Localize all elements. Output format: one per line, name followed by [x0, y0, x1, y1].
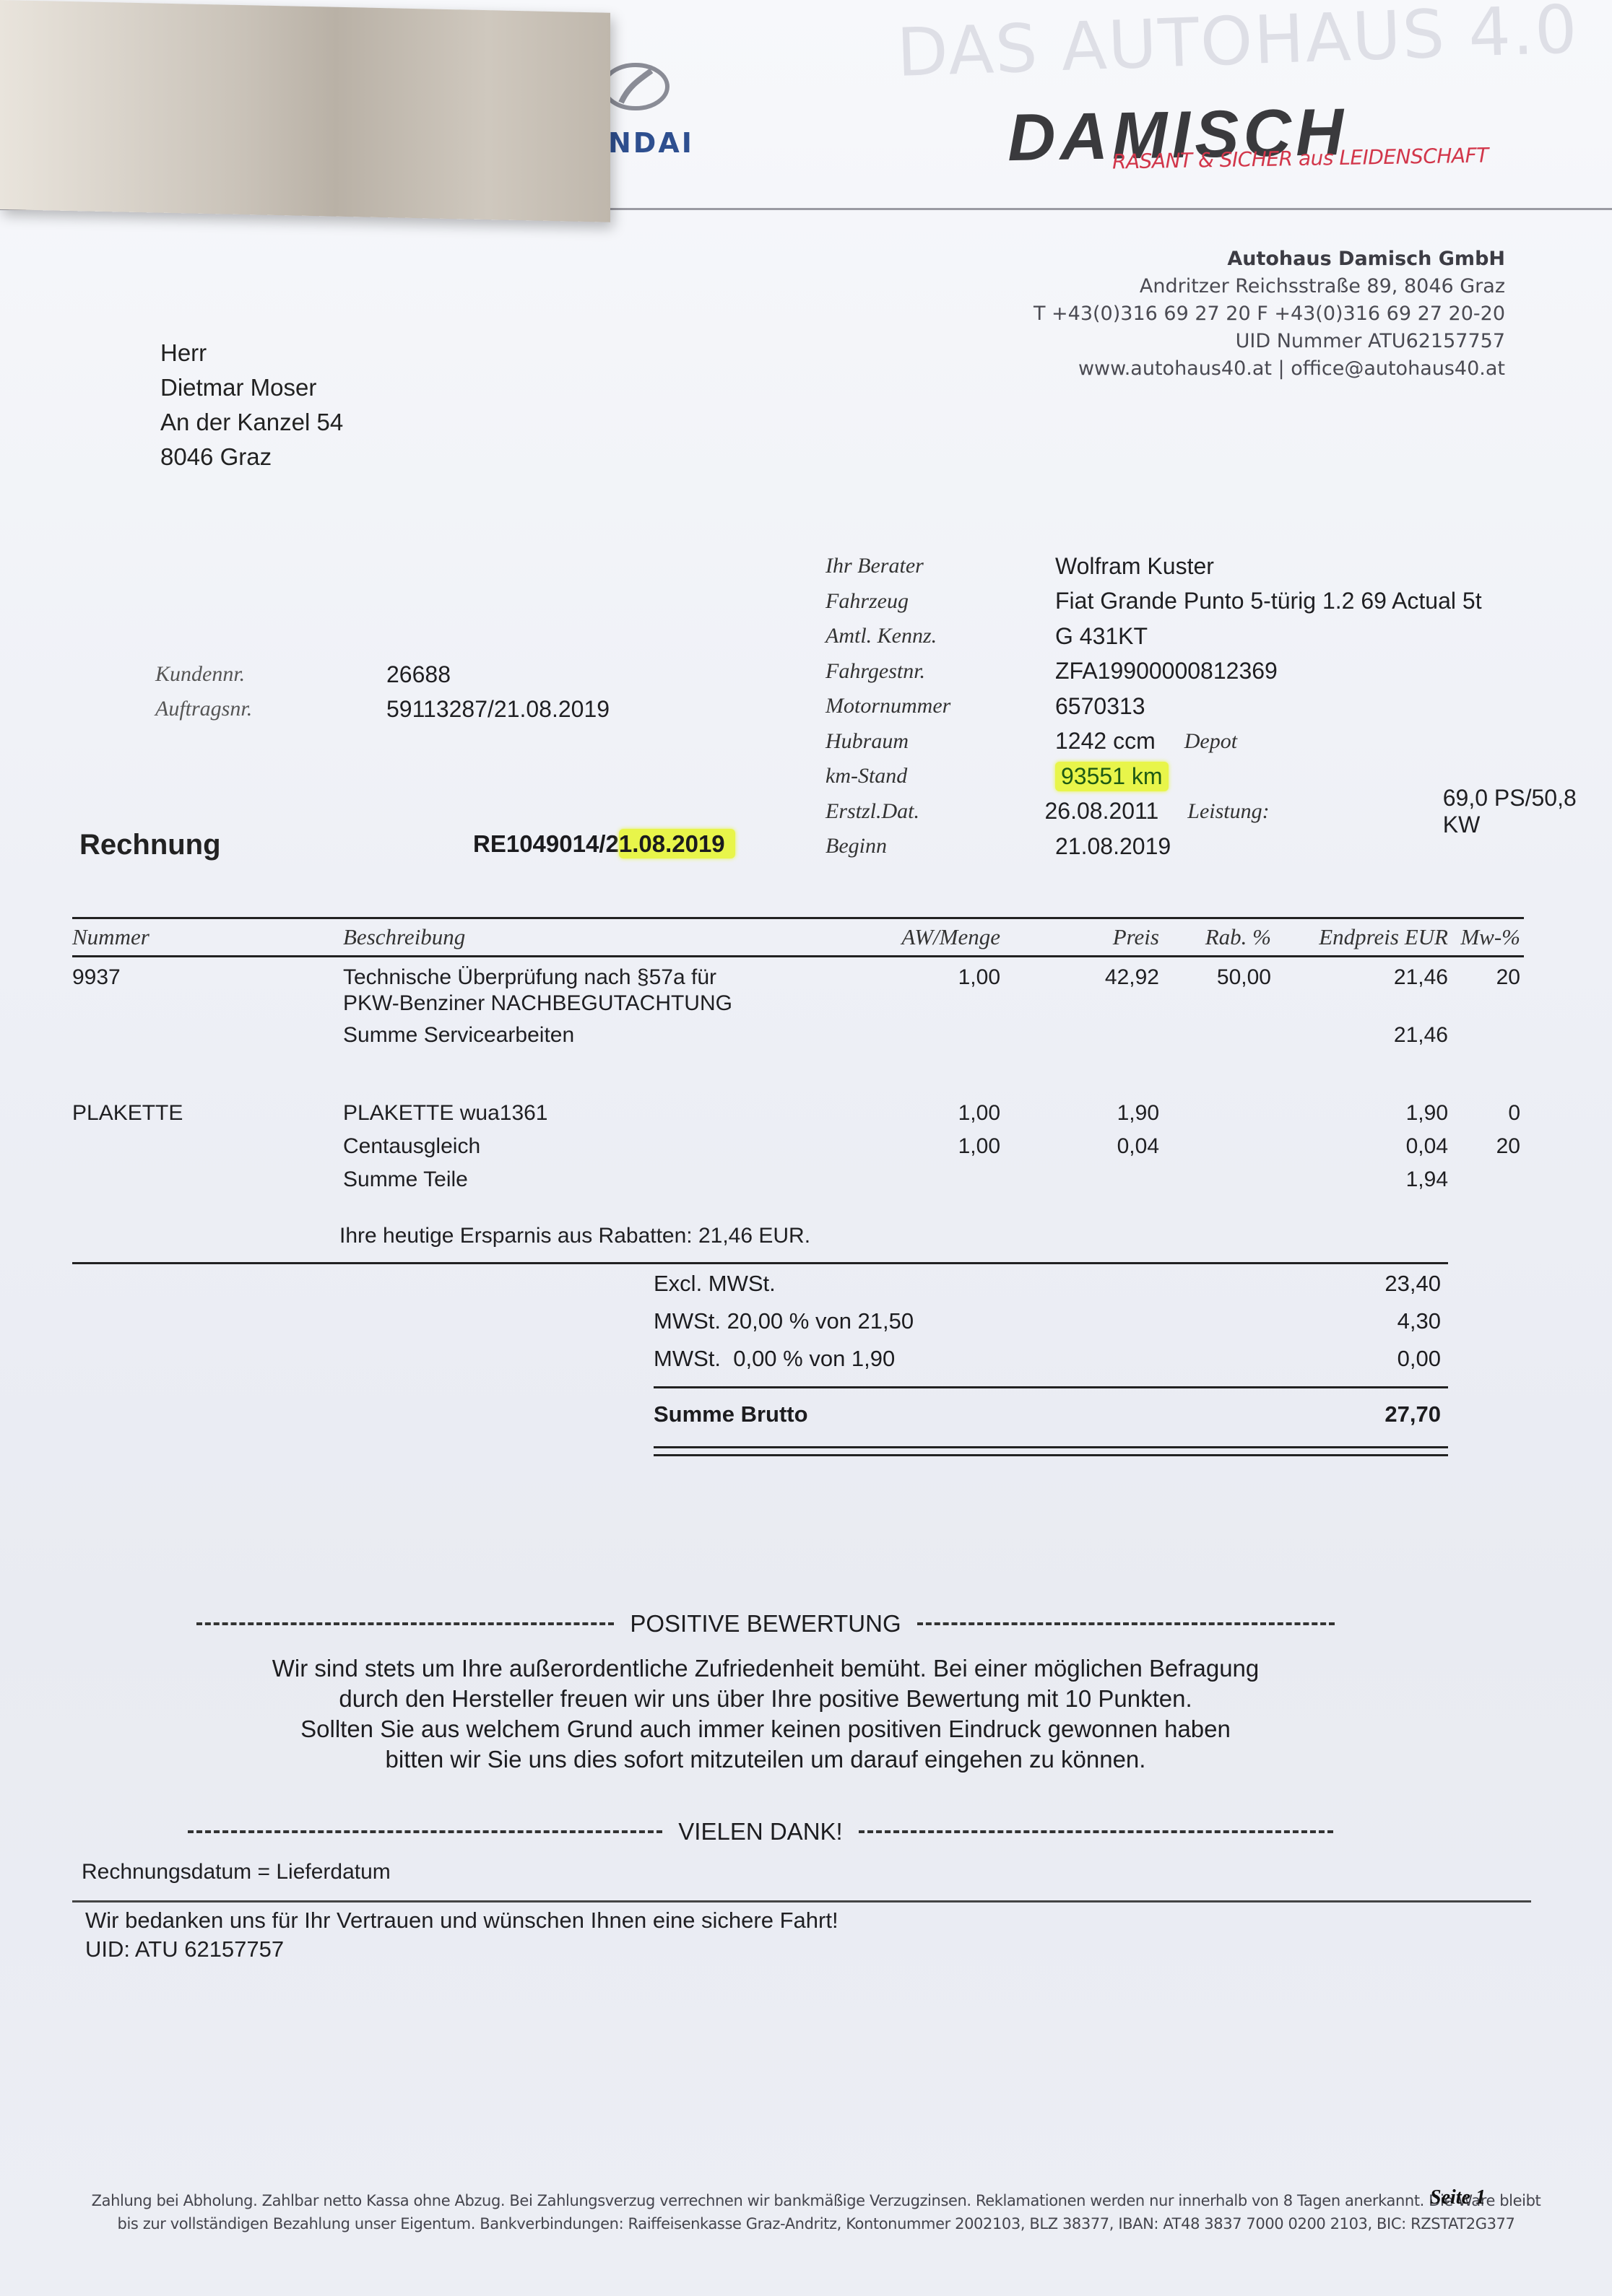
closing-text: Wir bedanken uns für Ihr Vertrauen und w… [85, 1906, 838, 1964]
company-name: Autohaus Damisch GmbH [1033, 245, 1505, 273]
start-label: Beginn [825, 834, 1055, 858]
closing-thanks: Wir bedanken uns für Ihr Vertrauen und w… [85, 1906, 838, 1935]
order-number-label: Auftragsnr. [155, 697, 386, 721]
cell-mwst [1448, 1167, 1520, 1193]
cell-endpreis: 1,94 [1271, 1167, 1448, 1193]
vat-20-row: MWSt. 20,00 % von 21,50 4,30 [654, 1303, 1448, 1340]
customer-info: Kundennr. 26688 Auftragsnr. 59113287/21.… [155, 657, 610, 726]
recipient-city: 8046 Graz [160, 440, 343, 474]
col-discount: Rab. % [1159, 924, 1271, 950]
cell-preis: 42,92 [1000, 965, 1159, 991]
cell-endpreis: 1,90 [1271, 1100, 1448, 1126]
engine-number-row: Motornummer 6570313 [825, 689, 1612, 724]
mileage-value: 93551 km [1055, 762, 1169, 791]
cell-nummer: 9937 [72, 965, 343, 991]
cell-endpreis: 0,04 [1271, 1134, 1448, 1160]
thanks-heading-text: VIELEN DANK! [678, 1818, 842, 1845]
vat-0-amount: 0,00 [1296, 1346, 1441, 1372]
cell-menge [849, 1167, 1000, 1193]
depot-label: Depot [1184, 729, 1414, 754]
customer-number-row: Kundennr. 26688 [155, 657, 610, 692]
customer-number-label: Kundennr. [155, 662, 386, 687]
cell-beschreibung: PLAKETTE wua1361 [343, 1100, 849, 1126]
rating-heading: POSITIVE BEWERTUNG [181, 1610, 1351, 1638]
customer-number-value: 26688 [386, 661, 451, 688]
table-row: 9937Technische Überprüfung nach §57a für… [72, 965, 1524, 991]
company-info: Autohaus Damisch GmbH Andritzer Reichsst… [1033, 245, 1505, 383]
cell-menge [849, 1022, 1000, 1048]
cell-menge: 1,00 [849, 1134, 1000, 1160]
cell-preis [1000, 1167, 1159, 1193]
payment-terms-footer: Zahlung bei Abholung. Zahlbar netto Kass… [54, 2189, 1578, 2235]
displacement-value: 1242 ccm [1055, 728, 1156, 755]
cell-mwst: 20 [1448, 965, 1520, 991]
footer-line-1: Zahlung bei Abholung. Zahlbar netto Kass… [54, 2189, 1578, 2212]
vat-20-label: MWSt. 20,00 % von 21,50 [654, 1308, 914, 1334]
page-number: Seite 1 [1430, 2186, 1486, 2209]
invoice-number: RE1049014/21.08.2019 [473, 830, 735, 858]
vin-value: ZFA19900000812369 [1055, 658, 1278, 684]
first-registration-row: Erstzl.Dat. 26.08.2011 Leistung: 69,0 PS… [825, 794, 1612, 830]
vehicle-info: Ihr Berater Wolfram Kuster Fahrzeug Fiat… [825, 549, 1612, 864]
order-number-value: 59113287/21.08.2019 [386, 696, 610, 723]
total-excl-vat-amount: 23,40 [1296, 1271, 1441, 1297]
savings-note: Ihre heutige Ersparnis aus Rabatten: 21,… [339, 1224, 810, 1248]
company-phone-fax: T +43(0)316 69 27 20 F +43(0)316 69 27 2… [1033, 300, 1505, 328]
vehicle-label: Fahrzeug [825, 589, 1055, 614]
cell-rabatt [1159, 1167, 1271, 1193]
table-header: Nummer Beschreibung AW/Menge Preis Rab. … [72, 919, 1524, 955]
dashed-line-left [188, 1830, 662, 1833]
engine-number-label: Motornummer [825, 694, 1055, 718]
cell-rabatt [1159, 991, 1271, 1017]
invoice-title: Rechnung [79, 829, 221, 861]
displacement-label: Hubraum [825, 729, 1055, 754]
line-items-table: Nummer Beschreibung AW/Menge Preis Rab. … [72, 917, 1524, 1193]
cell-nummer [72, 991, 343, 1017]
power-value: 69,0 PS/50,8 KW [1443, 785, 1612, 838]
totals-block: Excl. MWSt. 23,40 MWSt. 20,00 % von 21,5… [654, 1265, 1448, 1462]
order-number-row: Auftragsnr. 59113287/21.08.2019 [155, 692, 610, 726]
cell-rabatt [1159, 1134, 1271, 1160]
first-registration-value: 26.08.2011 [1044, 798, 1158, 825]
thanks-heading: VIELEN DANK! [172, 1818, 1349, 1845]
gross-total-row: Summe Brutto 27,70 [654, 1396, 1448, 1433]
vat-0-row: MWSt. 0,00 % von 1,90 0,00 [654, 1340, 1448, 1378]
partner-brand-text: NDAI [608, 127, 694, 159]
cell-mwst: 20 [1448, 1134, 1520, 1160]
invoice-date-highlight: 1.08.2019 [619, 829, 735, 858]
power-label: Leistung: [1187, 799, 1406, 824]
table-row: Centausgleich1,000,040,0420 [72, 1134, 1524, 1160]
col-description: Beschreibung [343, 924, 849, 950]
cell-nummer [72, 1134, 343, 1160]
cell-beschreibung: PKW-Benziner NACHBEGUTACHTUNG [343, 991, 849, 1017]
mileage-label: km-Stand [825, 764, 1055, 788]
engine-number-value: 6570313 [1055, 693, 1145, 720]
cell-preis [1000, 1022, 1159, 1048]
dashed-line-right [859, 1830, 1333, 1833]
rating-line: Sollten Sie aus welchem Grund auch immer… [181, 1714, 1351, 1744]
table-body: 9937Technische Überprüfung nach §57a für… [72, 965, 1524, 1193]
cell-beschreibung: Centausgleich [343, 1134, 849, 1160]
cell-mwst: 0 [1448, 1100, 1520, 1126]
cell-nummer: PLAKETTE [72, 1100, 343, 1126]
plate-row: Amtl. Kennz. G 431KT [825, 619, 1612, 654]
plate-value: G 431KT [1055, 623, 1148, 650]
rating-line: durch den Hersteller freuen wir uns über… [181, 1684, 1351, 1714]
company-address: Andritzer Reichsstraße 89, 8046 Graz [1033, 273, 1505, 300]
cell-mwst [1448, 1022, 1520, 1048]
plate-label: Amtl. Kennz. [825, 624, 1055, 648]
recipient-name: Dietmar Moser [160, 370, 343, 405]
col-final-price: Endpreis EUR [1271, 924, 1448, 950]
closing-uid: UID: ATU 62157757 [85, 1935, 838, 1964]
vat-20-amount: 4,30 [1296, 1308, 1441, 1334]
recipient-address: Herr Dietmar Moser An der Kanzel 54 8046… [160, 336, 343, 474]
company-web-email: www.autohaus40.at | office@autohaus40.at [1033, 355, 1505, 383]
cell-preis [1000, 991, 1159, 1017]
recipient-salutation: Herr [160, 336, 343, 370]
advisor-value: Wolfram Kuster [1055, 553, 1214, 580]
dashed-line-left [196, 1622, 614, 1625]
cell-endpreis: 21,46 [1271, 1022, 1448, 1048]
cell-rabatt [1159, 1100, 1271, 1126]
rating-line: bitten wir Sie uns dies sofort mitzuteil… [181, 1744, 1351, 1775]
cell-menge [849, 991, 1000, 1017]
cell-beschreibung: Summe Servicearbeiten [343, 1022, 849, 1048]
gross-divider [654, 1386, 1448, 1388]
rating-line: Wir sind stets um Ihre außerordentliche … [181, 1653, 1351, 1684]
delivery-date-note: Rechnungsdatum = Lieferdatum [82, 1860, 391, 1884]
cell-rabatt [1159, 1022, 1271, 1048]
cell-preis: 0,04 [1000, 1134, 1159, 1160]
cell-nummer [72, 1022, 343, 1048]
table-row: PKW-Benziner NACHBEGUTACHTUNG [72, 991, 1524, 1017]
cell-endpreis [1271, 991, 1448, 1017]
col-vat: Mw-% [1448, 924, 1520, 950]
overlapping-paper [0, 0, 610, 222]
vat-0-label: MWSt. 0,00 % von 1,90 [654, 1346, 895, 1372]
displacement-row: Hubraum 1242 ccm Depot [825, 724, 1612, 760]
cell-beschreibung: Summe Teile [343, 1167, 849, 1193]
table-row: PLAKETTEPLAKETTE wua13611,001,901,900 [72, 1100, 1524, 1126]
table-row: Summe Teile1,94 [72, 1167, 1524, 1193]
col-number: Nummer [72, 924, 343, 950]
cell-rabatt: 50,00 [1159, 965, 1271, 991]
slogan-top: DAS AUTOHAUS 4.0 [896, 0, 1579, 92]
company-uid: UID Nummer ATU62157757 [1033, 328, 1505, 355]
closing-divider [72, 1900, 1531, 1903]
cell-preis: 1,90 [1000, 1100, 1159, 1126]
rating-heading-text: POSITIVE BEWERTUNG [630, 1610, 901, 1638]
vehicle-value: Fiat Grande Punto 5-türig 1.2 69 Actual … [1055, 588, 1482, 614]
dashed-line-right [917, 1622, 1335, 1625]
rating-text: Wir sind stets um Ihre außerordentliche … [181, 1653, 1351, 1775]
cell-beschreibung: Technische Überprüfung nach §57a für [343, 965, 849, 991]
recipient-street: An der Kanzel 54 [160, 405, 343, 440]
cell-menge: 1,00 [849, 965, 1000, 991]
totals-divider [72, 1262, 1448, 1264]
cell-menge: 1,00 [849, 1100, 1000, 1126]
start-value: 21.08.2019 [1055, 833, 1171, 860]
col-quantity: AW/Menge [849, 924, 1000, 950]
cell-endpreis: 21,46 [1271, 965, 1448, 991]
vin-row: Fahrgestnr. ZFA19900000812369 [825, 654, 1612, 690]
cell-mwst [1448, 991, 1520, 1017]
col-price: Preis [1000, 924, 1159, 950]
first-registration-label: Erstzl.Dat. [825, 799, 1044, 824]
hyundai-logo-icon [599, 58, 672, 116]
gross-total-amount: 27,70 [1296, 1401, 1441, 1427]
footer-line-2: bis zur vollständigen Bezahlung unser Ei… [54, 2212, 1578, 2235]
advisor-label: Ihr Berater [825, 554, 1055, 578]
invoice-number-prefix: RE1049014/2 [473, 830, 619, 857]
total-excl-vat-row: Excl. MWSt. 23,40 [654, 1265, 1448, 1303]
cell-nummer [72, 1167, 343, 1193]
vehicle-row: Fahrzeug Fiat Grande Punto 5-türig 1.2 6… [825, 584, 1612, 619]
vin-label: Fahrgestnr. [825, 659, 1055, 684]
table-row: Summe Servicearbeiten21,46 [72, 1022, 1524, 1048]
advisor-row: Ihr Berater Wolfram Kuster [825, 549, 1612, 584]
total-excl-vat-label: Excl. MWSt. [654, 1271, 776, 1297]
gross-double-rule [654, 1446, 1448, 1456]
gross-total-label: Summe Brutto [654, 1401, 808, 1427]
